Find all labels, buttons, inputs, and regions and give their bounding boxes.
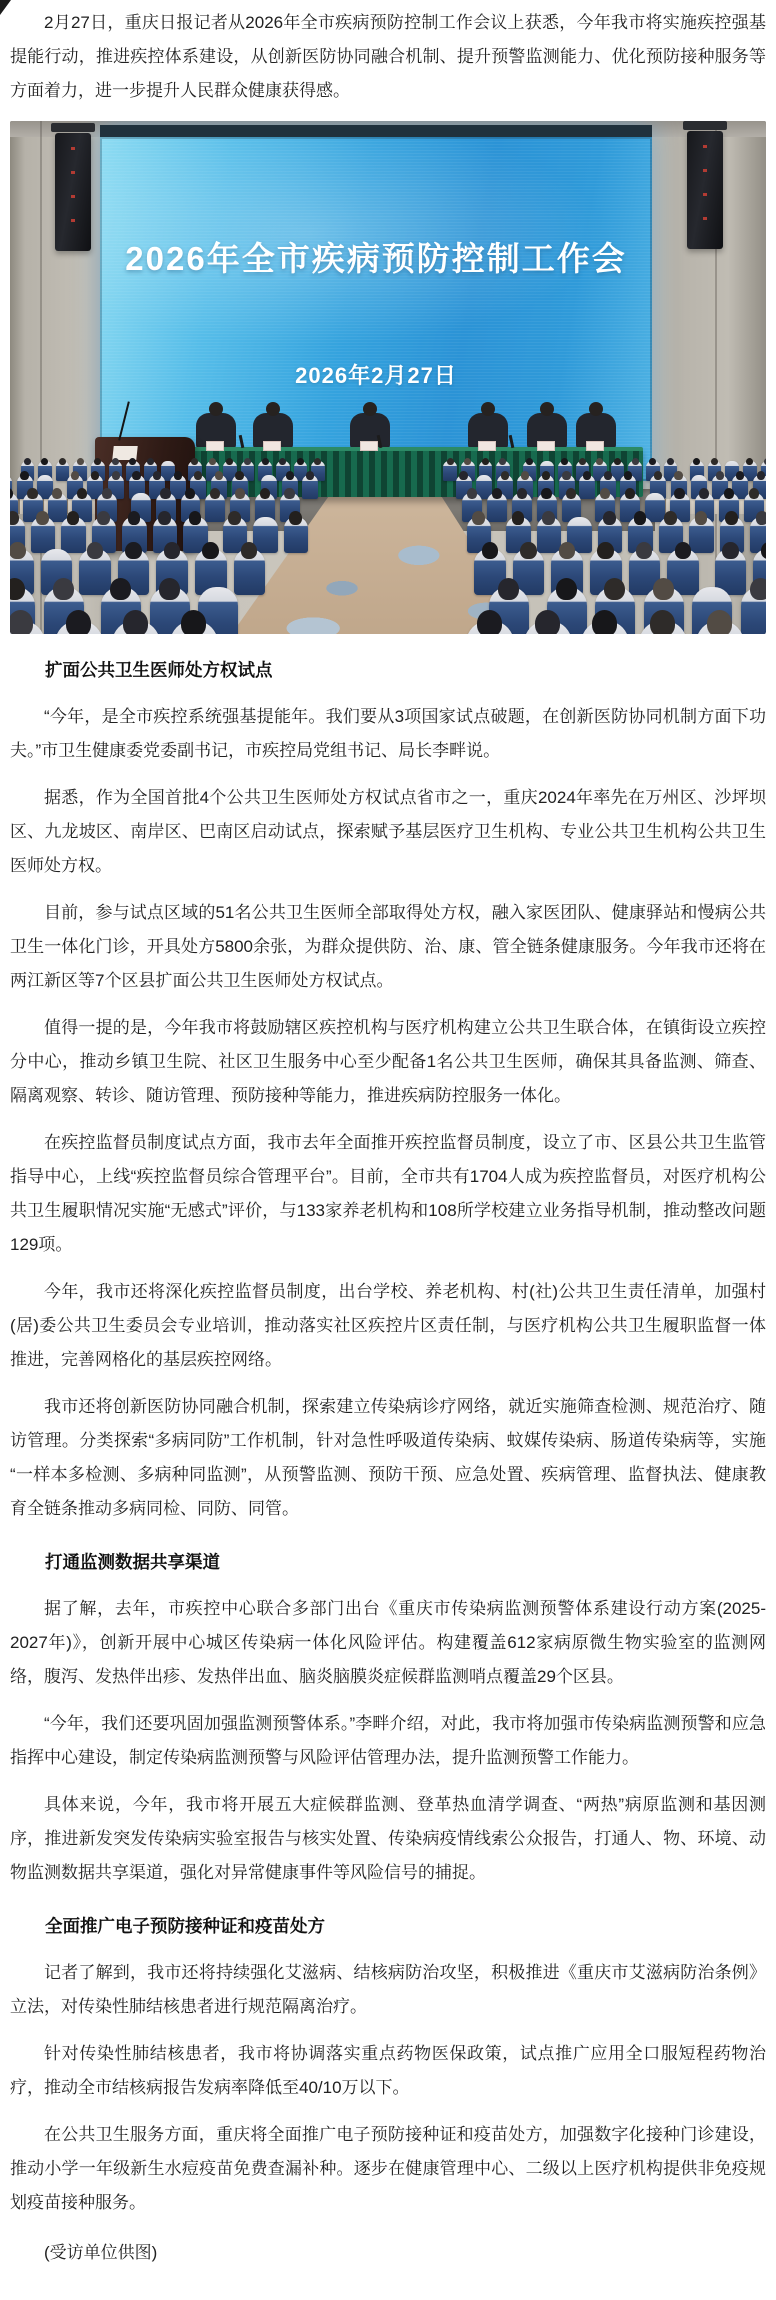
audience-member-head	[542, 471, 550, 480]
audience-member-head	[482, 458, 489, 466]
audience-member-head	[112, 471, 120, 480]
paragraph: “今年，我们还要巩固加强监测预警体系。”李畔介绍，对此，我市将加强市传染病监测预…	[10, 1707, 766, 1775]
audience-chair	[645, 493, 665, 522]
paragraph: 今年，我市还将深化疾控监督员制度，出台学校、养老机构、村(社)公共卫生责任清单，…	[10, 1275, 766, 1377]
audience-member-head	[749, 488, 759, 499]
audience-member-head	[260, 488, 270, 499]
audience-member-head	[526, 458, 533, 466]
audience-member-head	[756, 511, 766, 525]
audience-member-head	[174, 471, 182, 480]
audience-member-head	[472, 511, 485, 525]
audience-member-head	[10, 511, 19, 525]
audience-member-head	[559, 542, 576, 560]
audience-member-head	[447, 458, 454, 466]
audience-member-head	[53, 578, 74, 601]
paragraph: 我市还将创新医防协同融合机制，探索建立传染病诊疗网络，就近实施筛查检测、规范治疗…	[10, 1390, 766, 1526]
speaker-array-right	[687, 131, 723, 249]
audience-member-head	[542, 511, 555, 525]
intro-paragraph: 2月27日，重庆日报记者从2026年全市疾病预防控制工作会议上获悉，今年我市将实…	[10, 6, 766, 108]
audience-member-head	[24, 458, 31, 466]
audience-member-head	[286, 471, 294, 480]
audience-member-head	[159, 578, 180, 601]
audience-member-head	[235, 471, 243, 480]
section-heading: 全面推广电子预防接种证和疫苗处方	[10, 1909, 766, 1943]
audience-member-head	[297, 458, 304, 466]
audience-member-head	[125, 542, 142, 560]
audience-member-head	[66, 610, 91, 634]
audience-member-head	[10, 542, 26, 560]
audience-member-head	[654, 471, 662, 480]
paragraph: 据悉，作为全国首批4个公共卫生医师处方权试点省市之一，重庆2024年率先在万州区…	[10, 781, 766, 883]
audience-member-head	[459, 471, 467, 480]
screen-title-text: 2026年全市疾病预防控制工作会	[100, 233, 652, 280]
audience-member-head	[477, 610, 502, 634]
audience-member-head	[512, 511, 525, 525]
paragraph: 据了解，去年，市疾控中心联合多部门出台《重庆市传染病监测预警体系建设行动方案(2…	[10, 1592, 766, 1694]
section-heading: 扩面公共卫生医师处方权试点	[10, 653, 766, 687]
audience-member-head	[228, 511, 241, 525]
audience-member-head	[603, 511, 616, 525]
audience-member-head	[757, 471, 765, 480]
name-card	[537, 441, 555, 451]
audience-member-head	[674, 488, 684, 499]
audience-member-head	[36, 511, 49, 525]
audience-member-head	[520, 542, 537, 560]
audience-member-head	[67, 511, 80, 525]
audience-member-head	[722, 542, 739, 560]
audience-member-head	[634, 511, 647, 525]
paragraph: 在公共卫生服务方面，重庆将全面推广电子预防接种证和疫苗处方，加强数字化接种门诊建…	[10, 2118, 766, 2220]
audience-member-head	[674, 471, 682, 480]
audience-member-head	[625, 488, 635, 499]
audience-member-head	[492, 488, 502, 499]
audience-member-head	[597, 542, 614, 560]
section-heading: 打通监测数据共享渠道	[10, 1545, 766, 1579]
audience-member-head	[262, 458, 269, 466]
audience-member-head	[244, 458, 251, 466]
audience-member-head	[97, 511, 110, 525]
audience-member-head	[147, 458, 154, 466]
audience-member-head	[535, 610, 560, 634]
corner-artifact	[0, 0, 11, 15]
speaker-dots	[703, 145, 707, 241]
name-card	[478, 441, 496, 451]
audience-member-head	[579, 458, 586, 466]
audience-member-head	[164, 542, 181, 560]
audience-member-head	[653, 578, 674, 601]
audience-member-head	[289, 511, 302, 525]
audience-member-head	[160, 488, 170, 499]
audience-member-head	[202, 542, 219, 560]
audience-member-head	[650, 610, 675, 634]
audience-member-head	[71, 471, 79, 480]
audience-member-head	[541, 488, 551, 499]
audience-member-head	[10, 610, 33, 634]
audience-member-head	[556, 578, 577, 601]
screen-date-text: 2026年2月27日	[100, 359, 652, 390]
audience-member-head	[501, 471, 509, 480]
audience-member-head	[636, 542, 653, 560]
audience-member-head	[123, 610, 148, 634]
audience-member-head	[604, 578, 625, 601]
audience-member-head	[77, 458, 84, 466]
paragraph: 具体来说，今年，我市将开展五大症候群监测、登革热血清学调查、“两热”病原监测和基…	[10, 1788, 766, 1890]
conference-photo: 2026年全市疾病预防控制工作会 2026年2月27日	[10, 121, 766, 634]
audience-member-head	[664, 511, 677, 525]
paragraph: 值得一提的是，今年我市将鼓励辖区疾控机构与医疗机构建立公共卫生联合体，在镇街设立…	[10, 1011, 766, 1113]
audience-member-head	[128, 511, 141, 525]
paragraph: 在疾控监督员制度试点方面，我市去年全面推开疾控监督员制度，设立了市、区县公共卫生…	[10, 1126, 766, 1262]
audience-member-head	[189, 511, 202, 525]
audience-member-head	[181, 610, 206, 634]
name-card	[360, 441, 378, 451]
audience-member-head	[215, 471, 223, 480]
audience-member-head	[209, 458, 216, 466]
paragraph: 针对传染性肺结核患者，我市将协调落实重点药物医保政策，试点推广应用全口服短程药物…	[10, 2037, 766, 2105]
name-card	[206, 441, 224, 451]
audience-member-head	[241, 542, 258, 560]
audience-member-head	[716, 471, 724, 480]
paragraph: 记者了解到，我市还将持续强化艾滋病、结核病防治攻坚，积极推进《重庆市艾滋病防治条…	[10, 1956, 766, 2024]
audience-member-head	[158, 511, 171, 525]
audience-member-head	[592, 610, 617, 634]
audience-member-head	[482, 542, 499, 560]
audience-member-head	[562, 471, 570, 480]
audience-member-head	[707, 610, 732, 634]
audience-member-head	[632, 458, 639, 466]
audience-member-head	[675, 542, 692, 560]
audience-member-head	[235, 488, 245, 499]
audience-member-head	[750, 578, 766, 601]
news-article: 2月27日，重庆日报记者从2026年全市疾病预防控制工作会议上获悉，今年我市将实…	[0, 0, 776, 2300]
speaker-array-left	[55, 133, 91, 251]
audience-member-head	[498, 578, 519, 601]
audience-member-head	[27, 488, 37, 499]
audience-member-head	[59, 458, 66, 466]
name-card	[586, 441, 604, 451]
audience-member-head	[20, 471, 28, 480]
audience-member-head	[284, 488, 294, 499]
audience-member-head	[711, 458, 718, 466]
paragraph: 目前，参与试点区域的51名公共卫生医师全部取得处方权，融入家医团队、健康驿站和慢…	[10, 896, 766, 998]
audience-member-head	[87, 542, 104, 560]
audience-member-head	[112, 458, 119, 466]
paragraph: “今年，是全市疾控系统强基提能年。我们要从3项国家试点破题，在创新医防协同机制方…	[10, 700, 766, 768]
audience-member-head	[132, 471, 140, 480]
audience-member-head	[695, 511, 708, 525]
audience-member-head	[614, 458, 621, 466]
audience-member-head	[110, 578, 131, 601]
audience-member-head	[517, 488, 527, 499]
photo-credit: (受访单位供图)	[10, 2236, 766, 2270]
audience-member-head	[725, 511, 738, 525]
audience-member-head	[102, 488, 112, 499]
audience-member-head	[604, 471, 612, 480]
speaker-dots	[71, 147, 75, 243]
audience-member-head	[667, 458, 674, 466]
name-card	[263, 441, 281, 451]
